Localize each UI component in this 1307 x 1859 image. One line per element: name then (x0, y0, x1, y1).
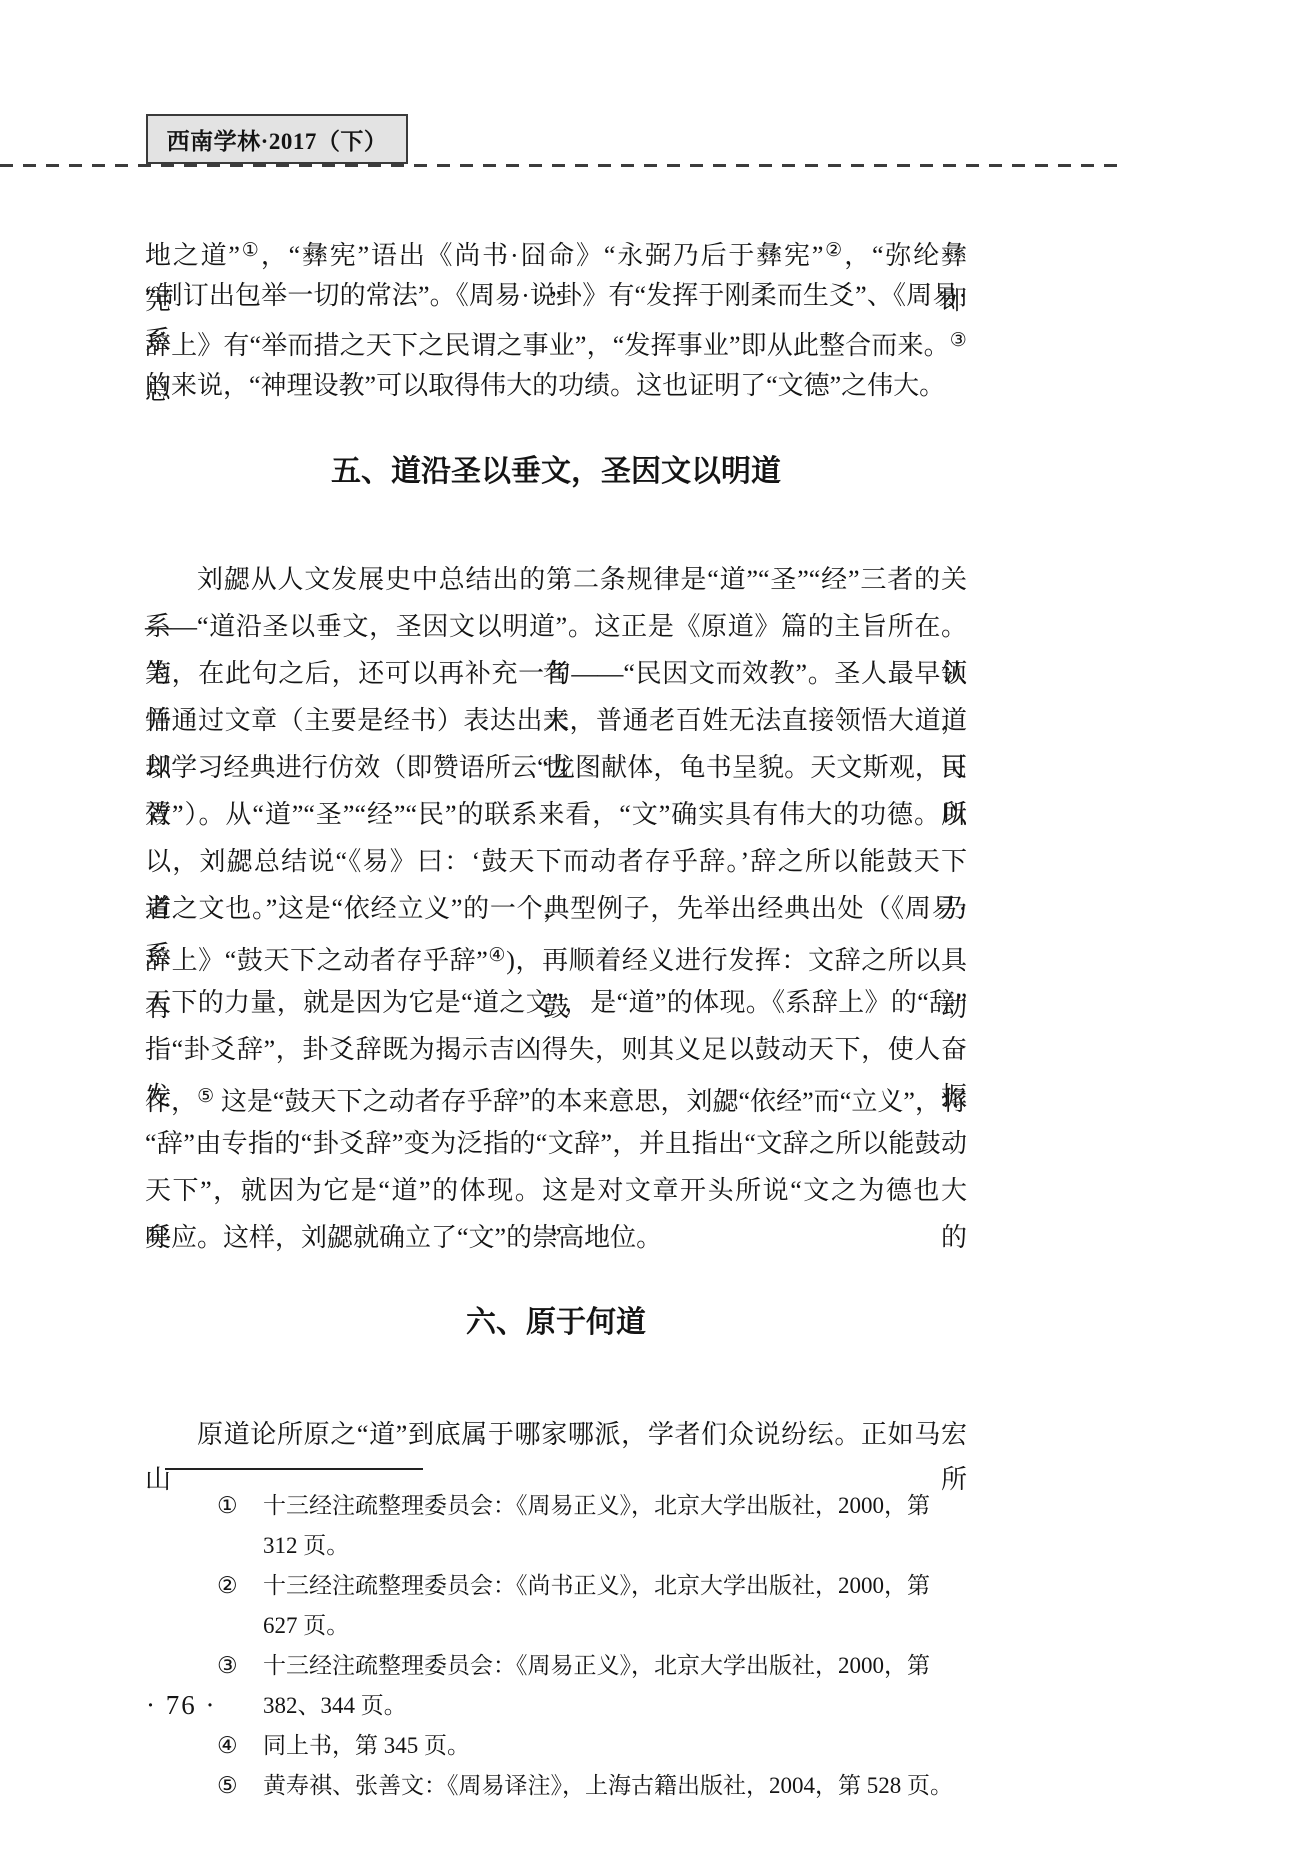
footnote-marker: ① (217, 1486, 263, 1566)
footnote-text: 黄寿祺、张善文：《周易译注》，上海古籍出版社，2004，第 528 页。 (263, 1766, 967, 1806)
footnote-marker: ③ (217, 1646, 263, 1726)
footnote-list: ① 十三经注疏整理委员会：《周易正义》，北京大学出版社，2000，第 312 页… (145, 1486, 967, 1806)
header-dashed-divider (0, 164, 1122, 167)
footnote-ref: ⑤ (197, 1086, 214, 1107)
footnote-separator-rule (165, 1468, 423, 1470)
footnote-item: ② 十三经注疏整理委员会：《尚书正义》，北京大学出版社，2000，第 627 页… (145, 1566, 967, 1646)
body-line: 辞上》有“举而措之天下之民谓之事业”，“发挥事业”即从此整合而来。③ 总 (145, 318, 967, 363)
section-heading-5: 五、道沿圣以垂文，圣因文以明道 (145, 452, 967, 492)
footnote-text: 十三经注疏整理委员会：《尚书正义》，北京大学出版社，2000，第 627 页。 (263, 1566, 967, 1646)
paragraph-1: 地之道”①，“彝宪”语出《尚书·囧命》“永弼乃后于彝宪”②，“弥纶彝宪”即 “制… (145, 228, 967, 408)
body-line: 作，⑤ 这是“鼓天下之动者存乎辞”的本来意思，刘勰“依经”而“立义”，将 (145, 1073, 967, 1120)
footnote-ref: ① (240, 240, 261, 261)
page-number: · 76 · (146, 1690, 216, 1721)
body-line: 为，在此句之后，还可以再补充一句——“民因文而效教”。圣人最早领悟大道 (145, 650, 967, 697)
section-heading-6: 六、原于何道 (145, 1303, 967, 1343)
body-line: 效”）。从“道”“圣”“经”“民”的联系来看，“文”确实具有伟大的功德。所 (145, 791, 967, 838)
footnote-item: ④ 同上书，第 345 页。 (145, 1726, 967, 1766)
body-line: 地之道”①，“彝宪”语出《尚书·囧命》“永弼乃后于彝宪”②，“弥纶彝宪”即 (145, 228, 967, 273)
footnote-marker: ② (217, 1566, 263, 1646)
body-line: “制订出包举一切的常法”。《周易·说卦》有“发挥于刚柔而生爻”、《周易·系 (145, 273, 967, 318)
running-header-box: 西南学林·2017（下） (146, 114, 408, 164)
body-line: “辞”由专指的“卦爻辞”变为泛指的“文辞”，并且指出“文辞之所以能鼓动 (145, 1120, 967, 1167)
paragraph-3: 原道论所原之“道”到底属于哪家哪派，学者们众说纷纭。正如马宏山所 (145, 1412, 967, 1457)
footnote-text: 十三经注疏整理委员会：《周易正义》，北京大学出版社，2000，第 382、344… (263, 1646, 967, 1726)
footnote-text: 同上书，第 345 页。 (263, 1726, 967, 1766)
footnote-ref: ② (823, 240, 844, 261)
paragraph-2: 刘勰从人文发展史中总结出的第二条规律是“道”“圣”“经”三者的关系 ——“道沿圣… (145, 556, 967, 1261)
body-line: 指“卦爻辞”，卦爻辞既为揭示吉凶得失，则其义足以鼓动天下，使人奋发振 (145, 1026, 967, 1073)
document-page: 西南学林·2017（下） 地之道”①，“彝宪”语出《尚书·囧命》“永弼乃后于彝宪… (0, 0, 1307, 1859)
body-line: 刘勰从人文发展史中总结出的第二条规律是“道”“圣”“经”三者的关系 (145, 556, 967, 603)
body-line: ——“道沿圣以垂文，圣因文以明道”。这正是《原道》篇的主旨所在。笔者认 (145, 603, 967, 650)
footnote-marker: ④ (217, 1726, 263, 1766)
journal-title: 西南学林·2017（下） (167, 123, 388, 156)
footnote-item: ① 十三经注疏整理委员会：《周易正义》，北京大学出版社，2000，第 312 页… (145, 1486, 967, 1566)
body-line: 天下”，就因为它是“道”的体现。这是对文章开头所说“文之为德也大矣”的 (145, 1167, 967, 1214)
body-line: 道之文也。”这是“依经立义”的一个典型例子，先举出经典出处（《周易·系 (145, 885, 967, 932)
body-line: 并通过文章（主要是经书）表达出来，普通老百姓无法直接领悟大道，却也可 (145, 697, 967, 744)
body-line: 天下的力量，就是因为它是“道之文”，是“道”的体现。《系辞上》的“辞” (145, 979, 967, 1026)
body-line: 以学习经典进行仿效（即赞语所云“龙图献体，龟书呈貌。天文斯观，民胥以 (145, 744, 967, 791)
body-line: 的来说，“神理设教”可以取得伟大的功绩。这也证明了“文德”之伟大。 (145, 363, 967, 408)
footnote-marker: ⑤ (217, 1766, 263, 1806)
body-line: 原道论所原之“道”到底属于哪家哪派，学者们众说纷纭。正如马宏山所 (145, 1412, 967, 1457)
footnote-item: ③ 十三经注疏整理委员会：《周易正义》，北京大学出版社，2000，第 382、3… (145, 1646, 967, 1726)
footnote-ref: ④ (488, 945, 506, 966)
footnote-item: ⑤ 黄寿祺、张善文：《周易译注》，上海古籍出版社，2004，第 528 页。 (145, 1766, 967, 1806)
body-line: 辞上》“鼓天下之动者存乎辞”④)，再顺着经义进行发挥：文辞之所以具有鼓动 (145, 932, 967, 979)
body-line: 以，刘勰总结说“《易》曰：‘鼓天下而动者存乎辞。’辞之所以能鼓天下者，乃 (145, 838, 967, 885)
footnote-ref: ③ (950, 330, 967, 351)
footnote-text: 十三经注疏整理委员会：《周易正义》，北京大学出版社，2000，第 312 页。 (263, 1486, 967, 1566)
